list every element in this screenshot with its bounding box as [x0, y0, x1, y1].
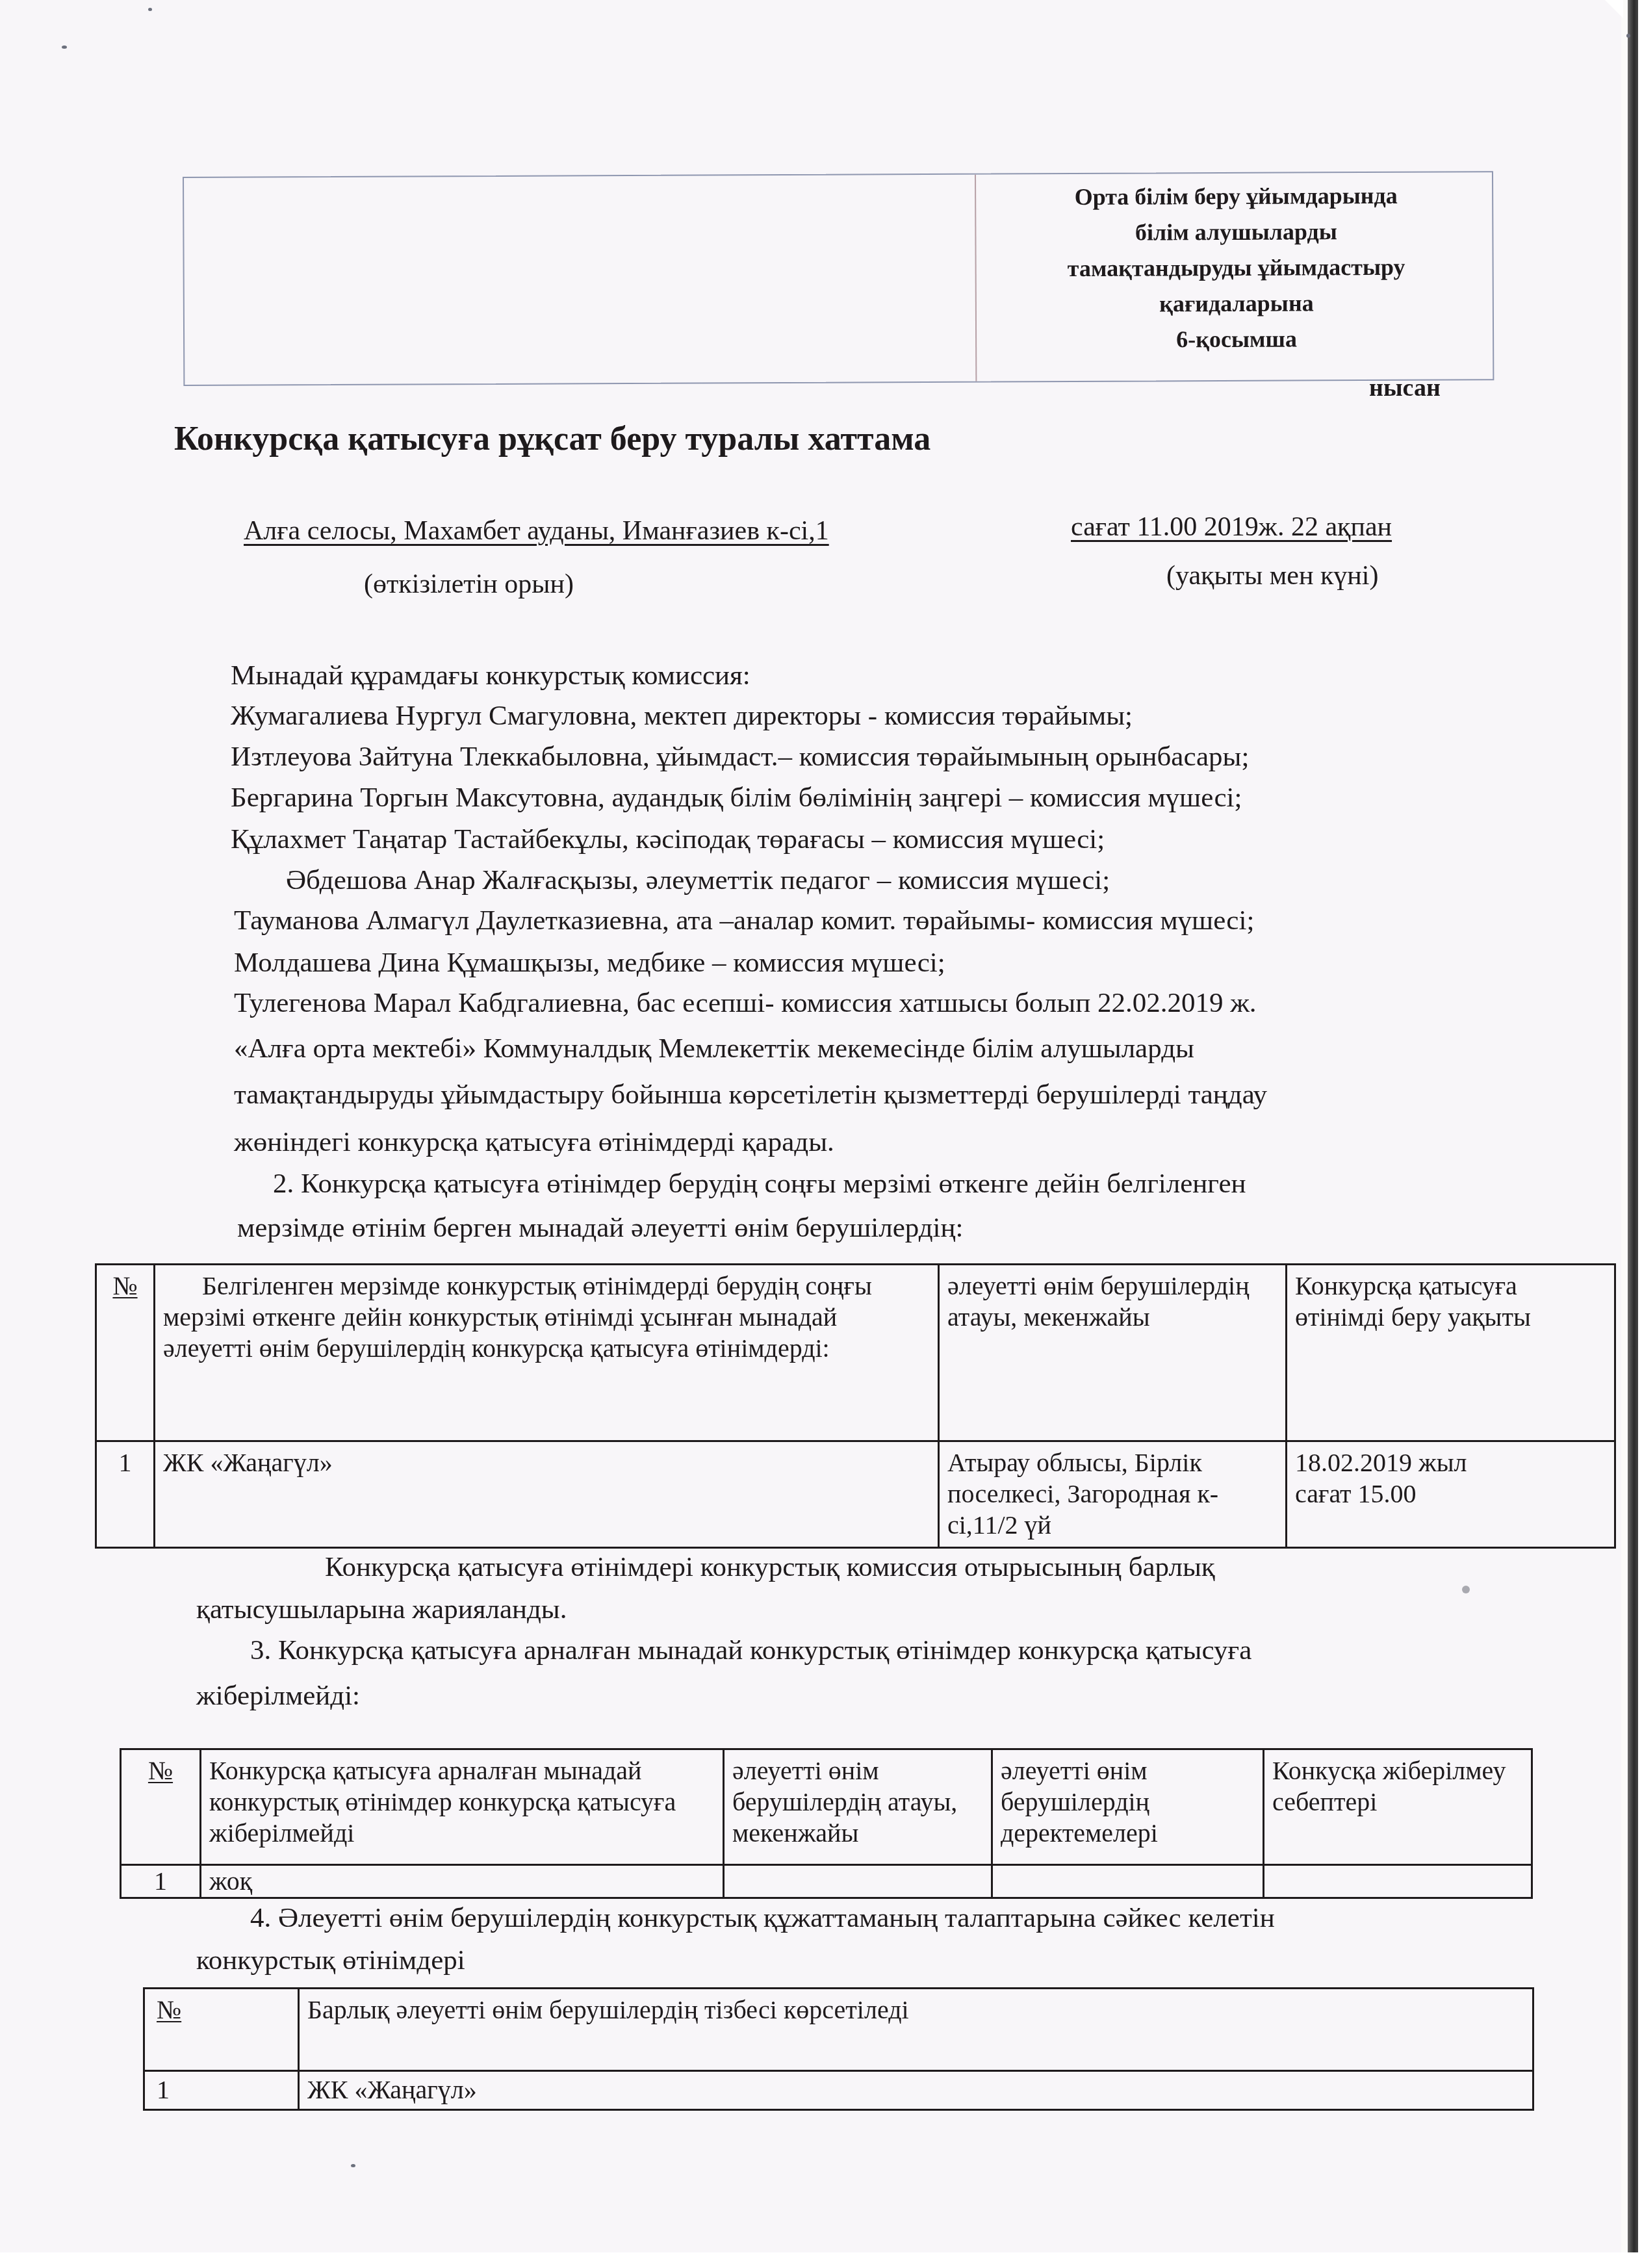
qualified-suppliers-table: № Барлық әлеуетті өнім берушілердің тізб…: [143, 1987, 1534, 2111]
section-2-text: 2. Конкурсқа қатысуға өтінімдер берудің …: [273, 1170, 1246, 1198]
commission-member: Тауманова Алмагүл Даулетказиевна, ата –а…: [234, 907, 1254, 934]
document-title: Конкурсқа қатысуға рұқсат беру туралы ха…: [174, 422, 930, 456]
appendix-line: тамақтандыруды ұйымдастыру: [981, 249, 1493, 287]
column-header-supplier-list: Барлық әлеуетті өнім берушілердің тізбес…: [299, 1989, 1533, 2071]
announcement-text: Конкурсқа қатысуға өтінімдері конкурстық…: [325, 1553, 1215, 1581]
scan-speck: [351, 2164, 355, 2167]
table-header-row: № Барлық әлеуетті өнім берушілердің тізб…: [144, 1989, 1533, 2071]
row-number: 1: [121, 1865, 201, 1898]
row-application: жоқ: [201, 1865, 724, 1898]
column-header-supplier-address: әлеуетті өнім берушілердің атауы, мекенж…: [939, 1265, 1287, 1441]
rejected-applications-table: № Конкурсқа қатысуға арналған мынадай ко…: [120, 1748, 1533, 1899]
commission-member: Әбдешова Анар Жалғасқызы, әлеуметтік пед…: [286, 866, 1110, 894]
appendix-line: білім алушыларды: [980, 213, 1492, 251]
section-2-text: мерзімде өтінім берген мынадай әлеуетті …: [237, 1214, 964, 1242]
table-row: 1 ЖК «Жаңагүл» Атырау облысы, Бірлік пос…: [96, 1441, 1615, 1548]
section-4-text: 4. Әлеуетті өнім берушілердің конкурстық…: [250, 1904, 1275, 1932]
row-supplier-address: Атырау облысы, Бірлік поселкесі, Загород…: [939, 1441, 1287, 1548]
meeting-datetime-caption: (уақыты мен күні): [1166, 562, 1379, 589]
scan-speck: [1462, 1586, 1470, 1593]
row-supplier: ЖК «Жаңагүл»: [299, 2071, 1533, 2110]
section-3-text: жіберілмейді:: [196, 1682, 360, 1710]
section-3-text: 3. Конкурсқа қатысуға арналған мынадай к…: [250, 1636, 1251, 1664]
table-row: 1 жоқ: [121, 1865, 1532, 1898]
appendix-line: 6-қосымша: [981, 320, 1493, 358]
column-header-number: №: [121, 1749, 201, 1865]
column-header-rejection-reasons: Конкусқа жіберілмеу себептері: [1264, 1749, 1532, 1865]
column-header-rejected-applications: Конкурсқа қатысуға арналған мынадай конк…: [201, 1749, 724, 1865]
form-label: нысан: [1369, 376, 1441, 400]
row-applicant: ЖК «Жаңагүл»: [155, 1441, 939, 1548]
commission-intro: Мынадай құрамдағы конкурстық комиссия:: [231, 662, 750, 689]
row-rejection-reasons: [1264, 1865, 1532, 1898]
commission-member: Жумагалиева Нургул Смагуловна, мектеп ди…: [231, 702, 1133, 730]
commission-member: Молдашева Дина Құмашқызы, медбике – коми…: [234, 949, 945, 977]
column-header-submission-time: Конкурсқа қатысуға өтінімді беру уақыты: [1287, 1265, 1615, 1441]
section-4-text: конкурстық өтінімдері: [196, 1946, 465, 1974]
meeting-place: Алға селосы, Махамбет ауданы, Иманғазиев…: [244, 517, 829, 545]
page-corner: [1605, 0, 1623, 18]
appendix-line: Орта білім беру ұйымдарында: [980, 177, 1492, 215]
commission-closing: тамақтандыруды ұйымдастыру бойынша көрсе…: [234, 1081, 1267, 1109]
commission-member: Изтлеуова Зайтуна Тлеккабыловна, ұйымдас…: [231, 743, 1249, 771]
row-number: 1: [144, 2071, 299, 2110]
scan-speck: [62, 45, 67, 49]
commission-member: Құлахмет Таңатар Тастайбекұлы, кәсіподақ…: [231, 825, 1105, 853]
appendix-reference: Орта білім беру ұйымдарында білім алушыл…: [980, 172, 1493, 358]
commission-member: Бергарина Торгын Максутовна, аудандық бі…: [231, 784, 1242, 812]
column-header-applications: Белгіленген мерзімде конкурстық өтінімде…: [155, 1265, 939, 1441]
scan-speck: [148, 8, 152, 11]
submitted-applications-table: № Белгіленген мерзімде конкурстық өтінім…: [95, 1263, 1616, 1549]
commission-closing: «Алға орта мектебі» Коммуналдық Мемлекет…: [234, 1035, 1194, 1063]
column-header-supplier-address: әлеуетті өнім берушілердің атауы, мекенж…: [724, 1749, 992, 1865]
row-number: 1: [96, 1441, 155, 1548]
commission-member: Тулегенова Марал Кабдгалиевна, бас есепш…: [234, 989, 1257, 1017]
appendix-line: қағидаларына: [981, 285, 1493, 322]
appendix-box: Орта білім беру ұйымдарында білім алушыл…: [183, 171, 1494, 386]
commission-closing: жөніндегі конкурсқа қатысуға өтінімдерді…: [234, 1128, 834, 1156]
meeting-place-caption: (өткізілетін орын): [364, 571, 574, 598]
column-header-number: №: [144, 1989, 299, 2071]
scan-edge-light: [1621, 0, 1628, 2252]
scan-speck: [1626, 34, 1630, 38]
submission-hour: сағат 15.00: [1295, 1478, 1606, 1510]
column-header-number: №: [96, 1265, 155, 1441]
row-supplier-address: [724, 1865, 992, 1898]
row-supplier-details: [992, 1865, 1264, 1898]
table-header-row: № Белгіленген мерзімде конкурстық өтінім…: [96, 1265, 1615, 1441]
row-submission-time: 18.02.2019 жыл сағат 15.00: [1287, 1441, 1615, 1548]
table-header-row: № Конкурсқа қатысуға арналған мынадай ко…: [121, 1749, 1532, 1865]
submission-date: 18.02.2019 жыл: [1295, 1447, 1606, 1478]
meeting-datetime: сағат 11.00 2019ж. 22 ақпан: [1071, 513, 1392, 541]
appendix-box-divider: [975, 175, 977, 381]
column-header-supplier-details: әлеуетті өнім берушілердің деректемелері: [992, 1749, 1264, 1865]
announcement-text: қатысушыларына жарияланды.: [196, 1595, 567, 1623]
scan-edge-dark: [1628, 0, 1638, 2252]
table-row: 1 ЖК «Жаңагүл»: [144, 2071, 1533, 2110]
